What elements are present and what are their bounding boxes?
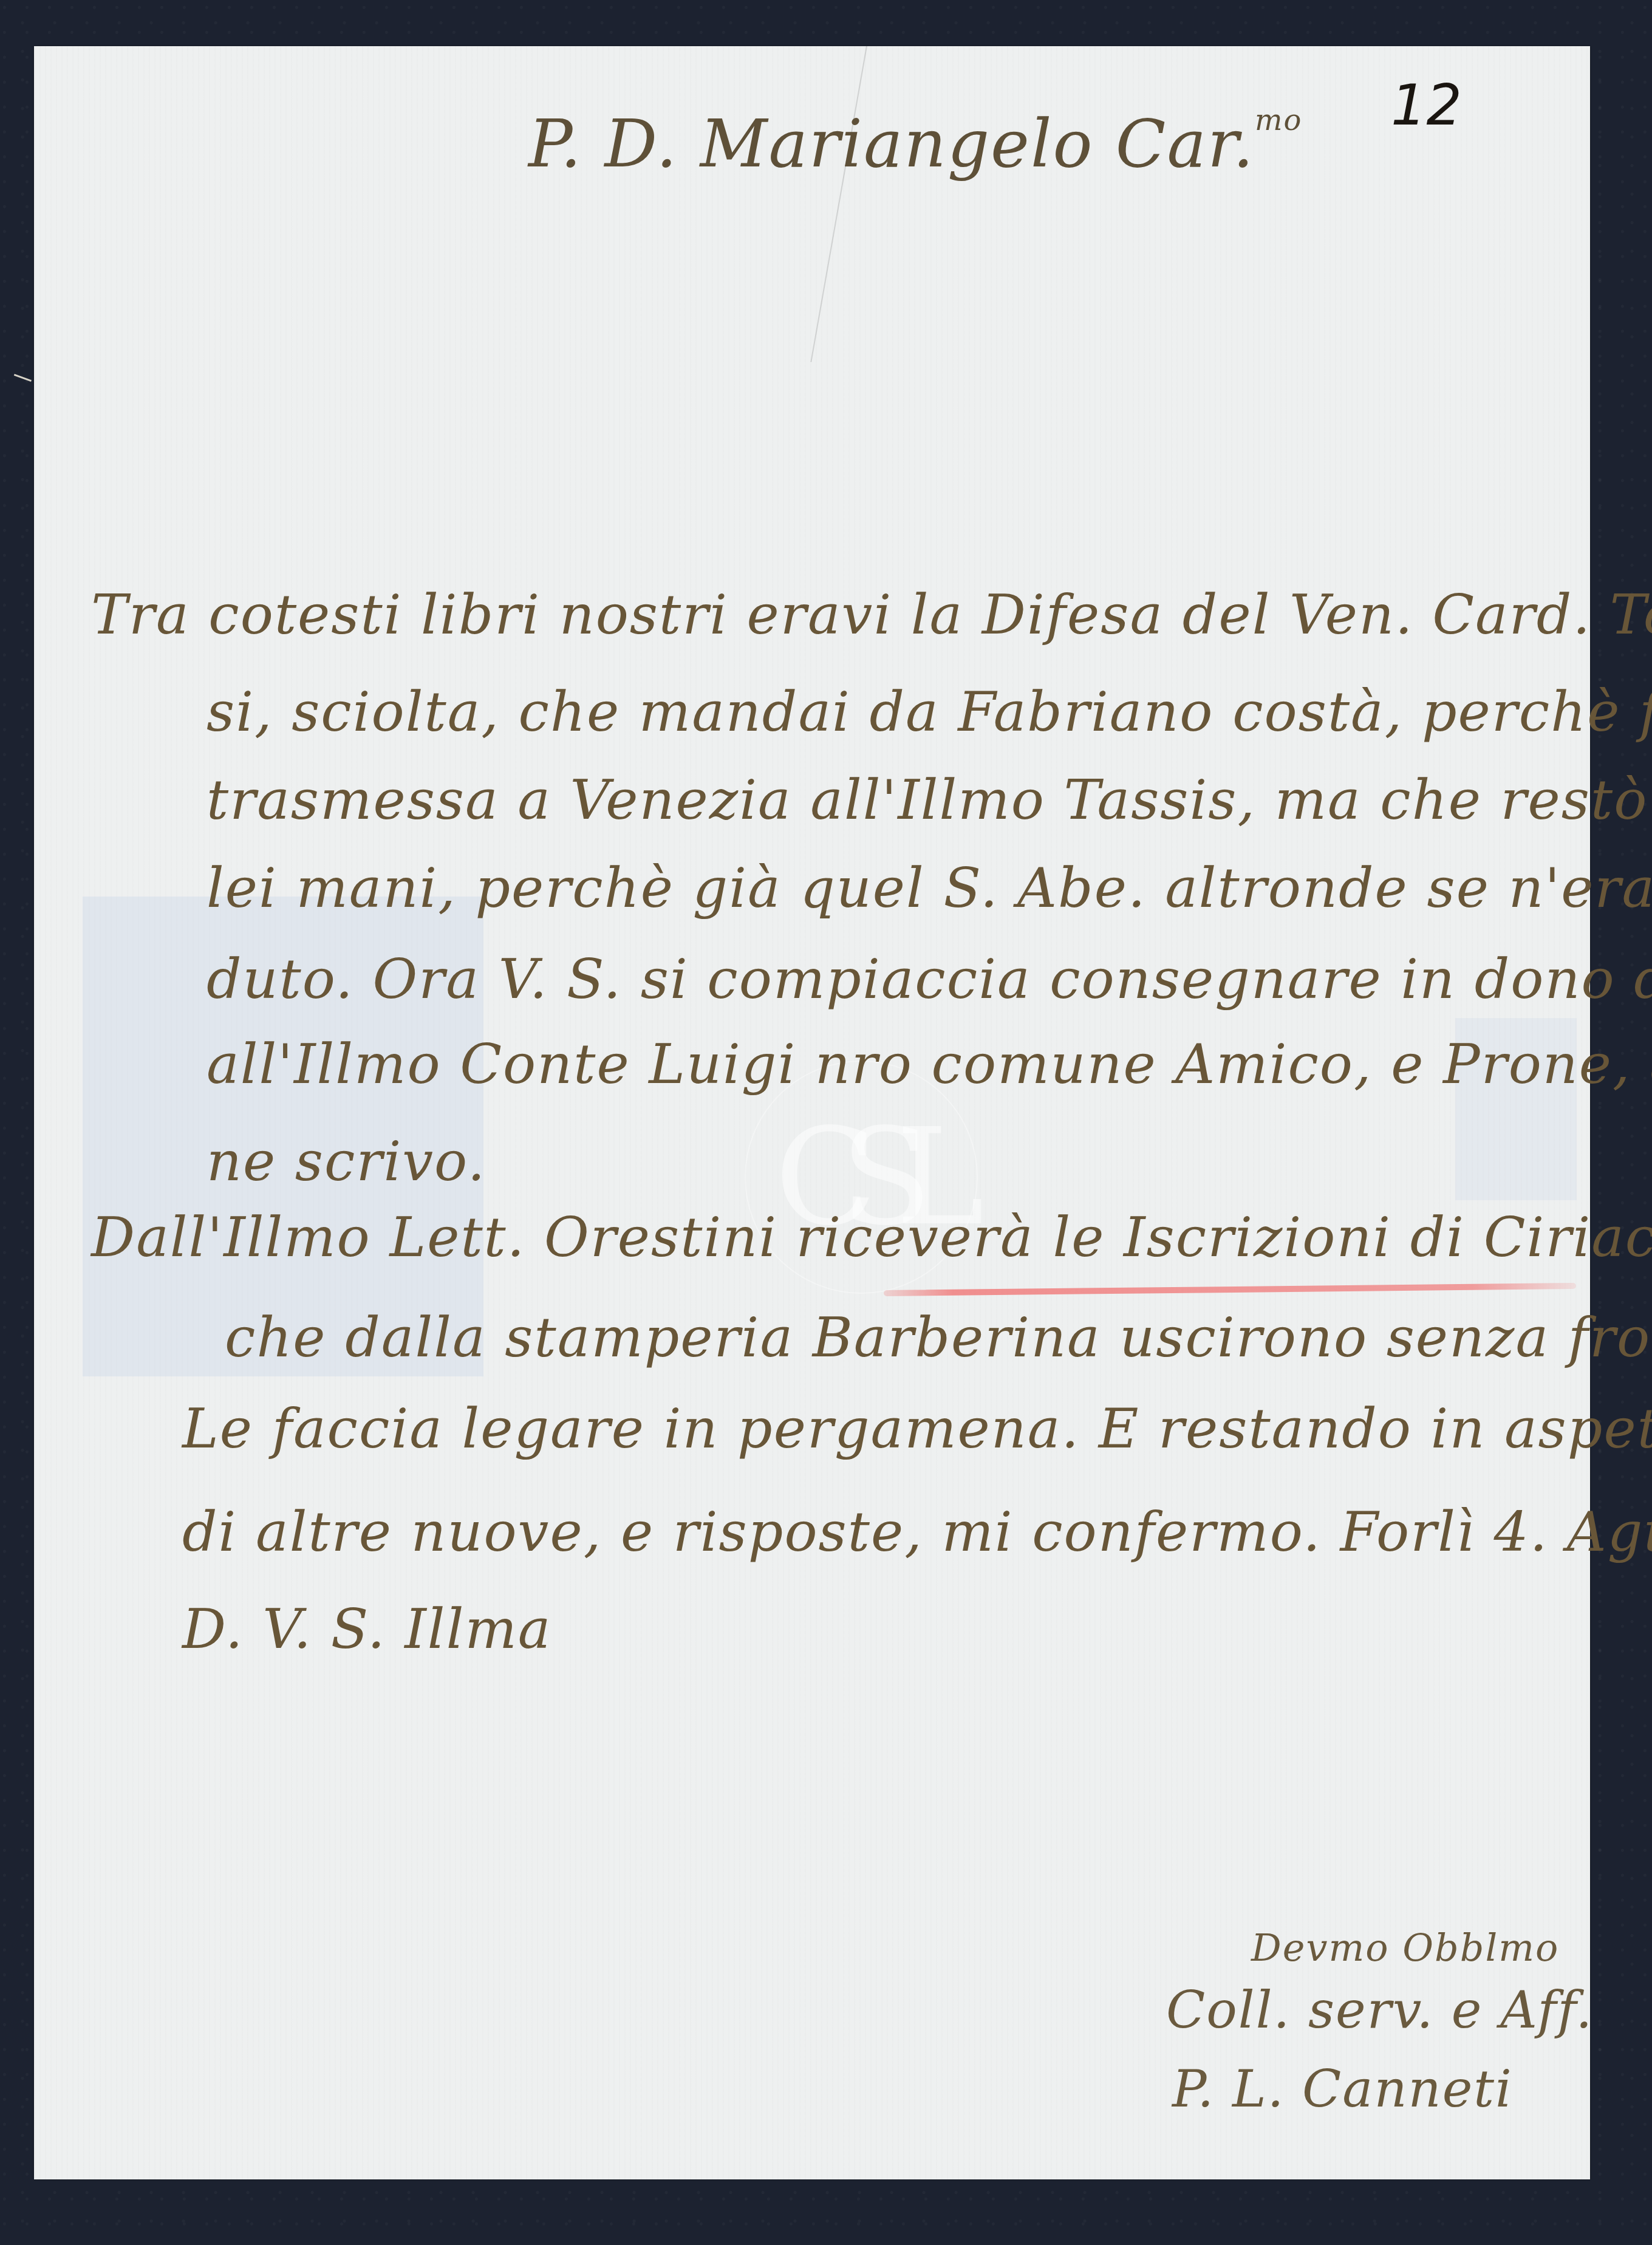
paper-crease <box>810 46 867 362</box>
letter-line: duto. Ora V. S. si compiaccia consegnare… <box>206 948 1652 1011</box>
letter-line: ne scrivo. <box>206 1130 486 1194</box>
letter-sheet: CSL <box>34 46 1590 2179</box>
letter-line: trasmessa a Venezia all'Illmo Tassis, ma… <box>206 768 1652 832</box>
salutation-superscript: mo <box>1255 103 1302 137</box>
letter-line: Dall'Illmo Lett. Orestini riceverà le Is… <box>91 1206 1652 1269</box>
letter-line: Le faccia legare in pergamena. E restand… <box>182 1397 1652 1461</box>
letter-line: si, sciolta, che mandai da Fabriano cost… <box>206 680 1652 744</box>
letter-line: di altre nuove, e risposte, mi confermo.… <box>182 1500 1652 1564</box>
binding-thread <box>11 374 32 389</box>
salutation: P. D. Mariangelo Car.mo <box>528 103 1302 182</box>
letter-line: lei mani, perchè già quel S. Abe. altron… <box>206 856 1652 920</box>
letter-line: Tra cotesti libri nostri eravi la Difesa… <box>91 583 1652 647</box>
page-number: 12 <box>1391 73 1462 138</box>
letter-line: all'Illmo Conte Luigi nro comune Amico, … <box>206 1033 1652 1096</box>
closing-abbreviation: D. V. S. Illma <box>182 1597 551 1661</box>
salutation-text: P. D. Mariangelo Car. <box>528 106 1255 182</box>
letter-line: che dalla stamperia Barberina uscirono s… <box>225 1306 1652 1370</box>
signature-line: Coll. serv. e Aff. <box>1166 1980 1593 2040</box>
signature-name: P. L. Canneti <box>1172 2059 1513 2119</box>
signature-line: Devmo Obblmo <box>1251 1926 1559 1970</box>
